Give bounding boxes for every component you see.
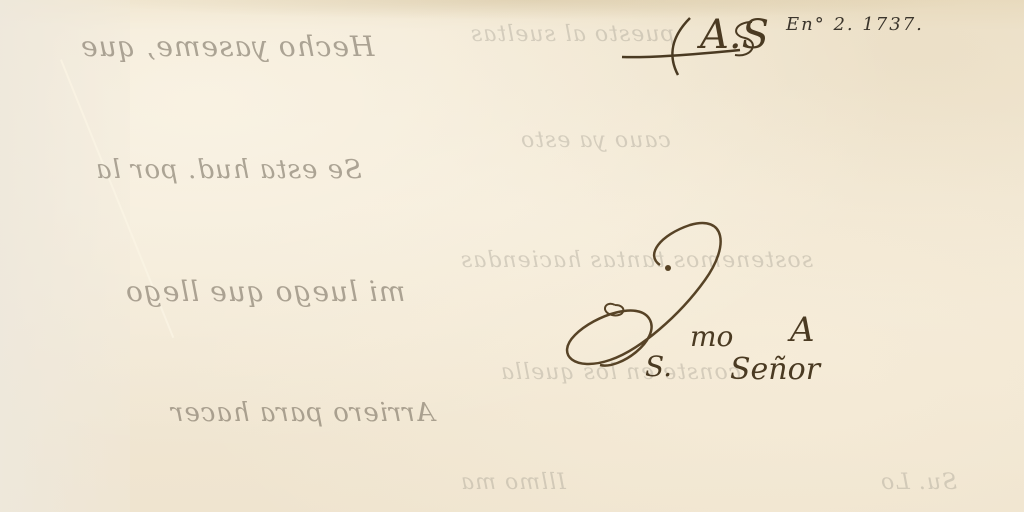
faint-line-1: puesto al sueltas — [470, 22, 675, 47]
paper-fold — [0, 0, 130, 512]
faint-line-5: Illmo ma — [460, 470, 566, 495]
bleed-line-1: Hecho yaseme, que — [80, 30, 374, 63]
faint-line-2: cauo ya esto — [520, 128, 671, 153]
faint-line-6: Su. Lo — [880, 470, 957, 495]
salutation-prefix: S. — [645, 350, 672, 383]
salutation-trailing: A — [790, 310, 815, 350]
faint-line-3: sostenemos tantas haciendas — [460, 248, 813, 273]
faint-line-4: conste en los quella — [500, 360, 741, 385]
bleed-line-3: mi luego que llego — [125, 275, 405, 308]
manuscript-page: Hecho yaseme, que Se esta hud. por la mi… — [0, 0, 1024, 512]
salutation-senor: Señor — [730, 352, 820, 387]
salutation-superscript: mo — [690, 320, 733, 353]
bleed-line-2: Se esta hud. por la — [95, 155, 362, 185]
bleed-line-4: Arriero para hacer — [170, 398, 435, 428]
mark-text: A.S — [700, 12, 769, 58]
date-note: En° 2. 1737. — [786, 14, 924, 35]
